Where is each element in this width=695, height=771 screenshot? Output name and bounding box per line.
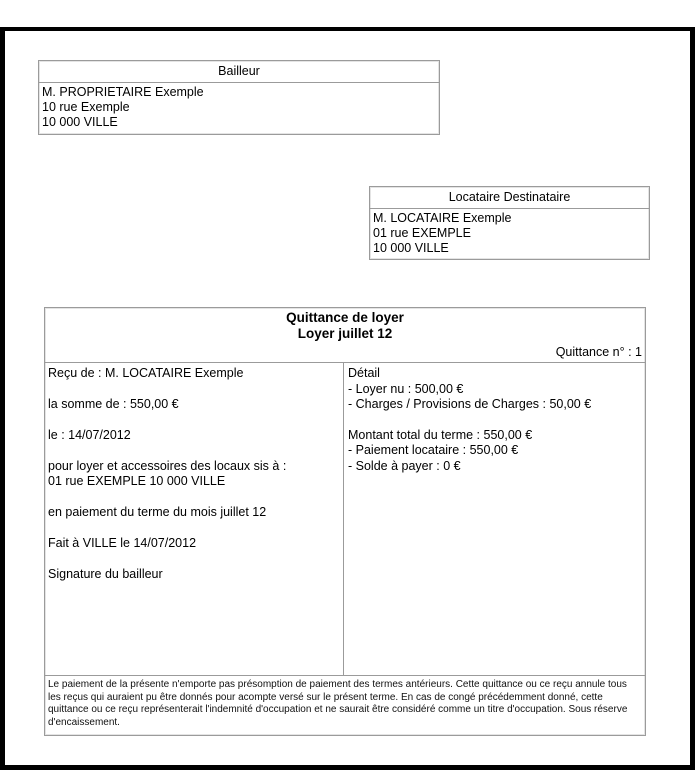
bailleur-name: M. PROPRIETAIRE Exemple — [42, 85, 436, 100]
receipt-header: Quittance de loyer Loyer juillet 12 Quit… — [45, 308, 645, 363]
detail-title: Détail — [348, 366, 643, 382]
spacer — [348, 413, 643, 428]
bailleur-box: Bailleur M. PROPRIETAIRE Exemple 10 rue … — [38, 60, 440, 135]
locaux: pour loyer et accessoires des locaux sis… — [48, 459, 340, 489]
bailleur-header: Bailleur — [39, 61, 439, 83]
detail-loyer-nu: - Loyer nu : 500,00 € — [348, 382, 643, 398]
recu-de: Reçu de : M. LOCATAIRE Exemple — [48, 366, 340, 381]
detail-paiement: - Paiement locataire : 550,00 € — [348, 443, 643, 459]
bailleur-address: M. PROPRIETAIRE Exemple 10 rue Exemple 1… — [39, 83, 439, 132]
locataire-city: 10 000 VILLE — [373, 241, 646, 256]
receipt-left-column: Reçu de : M. LOCATAIRE Exemple la somme … — [45, 363, 344, 675]
bailleur-city: 10 000 VILLE — [42, 115, 436, 130]
detail-charges: - Charges / Provisions de Charges : 50,0… — [348, 397, 643, 413]
detail-solde: - Solde à payer : 0 € — [348, 459, 643, 475]
receipt-number: Quittance n° : 1 — [556, 345, 642, 360]
locataire-box: Locataire Destinataire M. LOCATAIRE Exem… — [369, 186, 650, 260]
fait-a: Fait à VILLE le 14/07/2012 — [48, 536, 340, 551]
locaux-label: pour loyer et accessoires des locaux sis… — [48, 459, 286, 473]
locataire-header: Locataire Destinataire — [370, 187, 649, 209]
date: le : 14/07/2012 — [48, 428, 340, 443]
signature-label: Signature du bailleur — [48, 567, 340, 582]
locataire-street: 01 rue EXEMPLE — [373, 226, 646, 241]
receipt-subtitle: Loyer juillet 12 — [45, 326, 645, 342]
receipt-title-text: Quittance de loyer — [45, 310, 645, 326]
locataire-name: M. LOCATAIRE Exemple — [373, 211, 646, 226]
detail-total: Montant total du terme : 550,00 € — [348, 428, 643, 444]
locaux-address: 01 rue EXEMPLE 10 000 VILLE — [48, 474, 225, 488]
terme: en paiement du terme du mois juillet 12 — [48, 505, 340, 520]
bailleur-street: 10 rue Exemple — [42, 100, 436, 115]
receipt-box: Quittance de loyer Loyer juillet 12 Quit… — [44, 307, 646, 736]
receipt-title: Quittance de loyer Loyer juillet 12 — [45, 308, 645, 342]
somme: la somme de : 550,00 € — [48, 397, 340, 412]
legal-notice: Le paiement de la présente n'emporte pas… — [45, 675, 645, 735]
locataire-address: M. LOCATAIRE Exemple 01 rue EXEMPLE 10 0… — [370, 209, 649, 258]
receipt-detail-column: Détail - Loyer nu : 500,00 € - Charges /… — [346, 363, 645, 675]
